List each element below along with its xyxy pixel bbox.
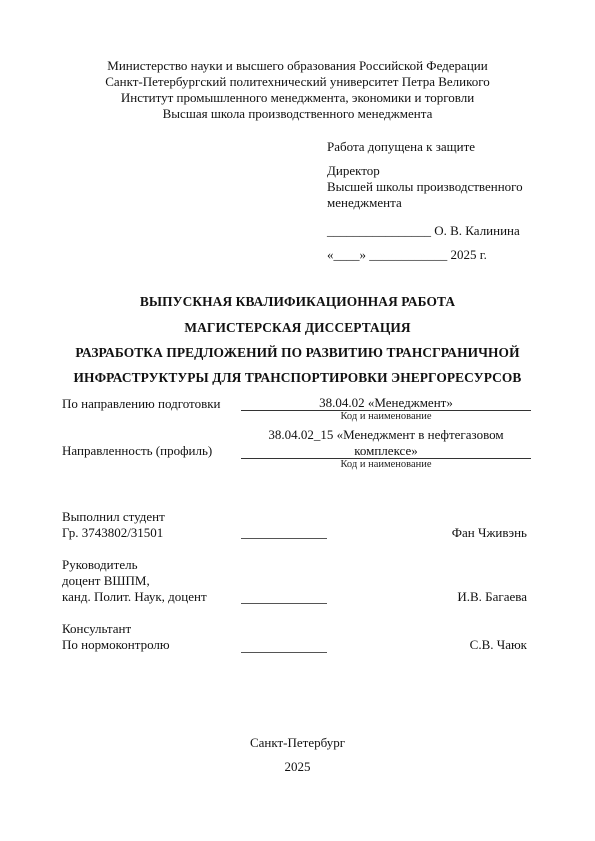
header-ministry: Министерство науки и высшего образования… (0, 58, 595, 74)
approval-signature-line: ________________ О. В. Калинина (327, 223, 520, 239)
footer-year: 2025 (0, 759, 595, 775)
student-signature-line (241, 538, 327, 539)
header-school: Высшая школа производственного менеджмен… (0, 106, 595, 122)
work-type-title: ВЫПУСКНАЯ КВАЛИФИКАЦИОННАЯ РАБОТА (0, 294, 595, 310)
approval-date-line: «____» ____________ 2025 г. (327, 247, 487, 263)
profile-label: Направленность (профиль) (62, 443, 212, 459)
student-name: Фан Чживэнь (452, 525, 527, 541)
approval-admitted: Работа допущена к защите (327, 139, 475, 155)
approval-position-title: Директор (327, 163, 380, 179)
consultant-role: Консультант (62, 621, 131, 637)
student-group: Гр. 3743802/31501 (62, 525, 163, 541)
header-institute: Институт промышленного менеджмента, экон… (0, 90, 595, 106)
profile-hint: Код и наименование (241, 459, 531, 470)
profile-value-line-2: комплексе» (241, 443, 531, 459)
supervisor-name: И.В. Багаева (457, 589, 527, 605)
supervisor-role: Руководитель (62, 557, 138, 573)
student-role: Выполнил студент (62, 509, 165, 525)
topic-title-line-2: ИНФРАСТРУКТУРЫ ДЛЯ ТРАНСПОРТИРОВКИ ЭНЕРГ… (0, 370, 595, 386)
approval-position-school-cont: менеджмента (327, 195, 402, 211)
direction-hint: Код и наименование (241, 411, 531, 422)
supervisor-signature-line (241, 603, 327, 604)
consultant-name: С.В. Чаюк (470, 637, 527, 653)
direction-value: 38.04.02 «Менеджмент» (241, 395, 531, 411)
header-university: Санкт-Петербургский политехнический унив… (0, 74, 595, 90)
consultant-area: По нормоконтролю (62, 637, 170, 653)
supervisor-position: доцент ВШПМ, (62, 573, 150, 589)
supervisor-degree: канд. Полит. Наук, доцент (62, 589, 207, 605)
topic-title-line-1: РАЗРАБОТКА ПРЕДЛОЖЕНИЙ ПО РАЗВИТИЮ ТРАНС… (0, 345, 595, 361)
direction-label: По направлению подготовки (62, 396, 220, 412)
degree-type-title: МАГИСТЕРСКАЯ ДИССЕРТАЦИЯ (0, 320, 595, 336)
footer-city: Санкт-Петербург (0, 735, 595, 751)
profile-value-line-1: 38.04.02_15 «Менеджмент в нефтегазовом (241, 427, 531, 443)
approval-position-school: Высшей школы производственного (327, 179, 523, 195)
consultant-signature-line (241, 652, 327, 653)
